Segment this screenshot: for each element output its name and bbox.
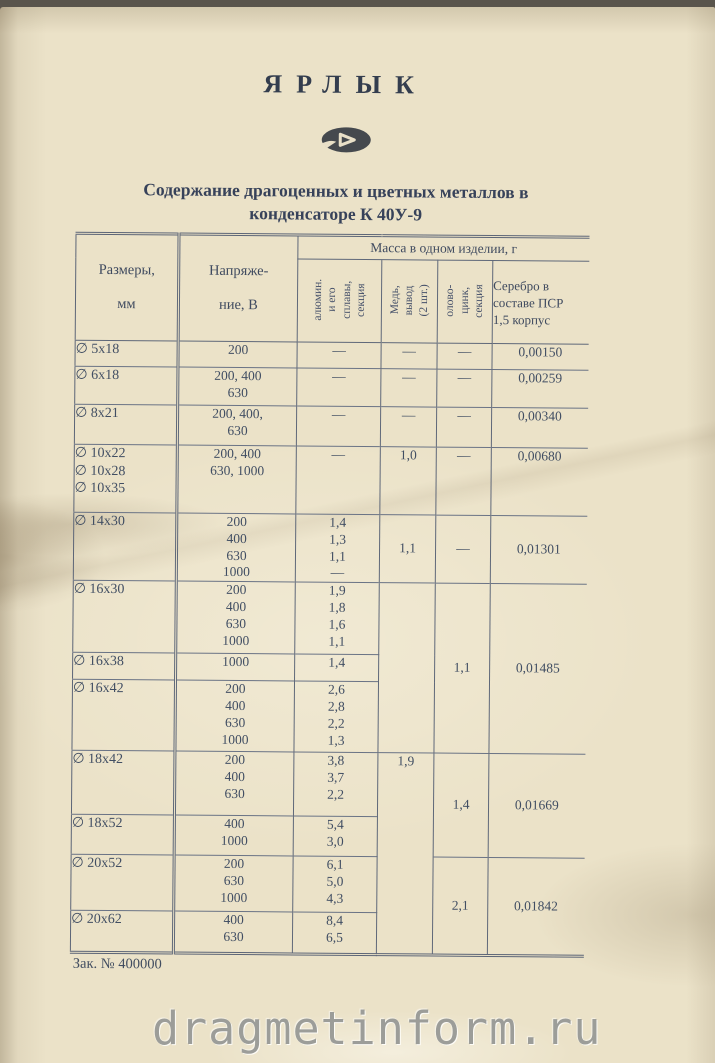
aluminum-cell: 1,9 1,8 1,6 1,1 <box>295 582 380 655</box>
sizes-header-line: Размеры, <box>99 262 155 279</box>
tin-zinc-cell: — <box>437 343 492 369</box>
aluminum-cell: — <box>297 342 381 369</box>
voltage-cell: 200 <box>178 341 297 368</box>
copper-cell <box>378 583 435 753</box>
voltage-cell: 400 1000 <box>174 815 293 856</box>
aluminum-header-line: сплавы, <box>340 260 353 340</box>
scanned-label-page: ЯРЛЫК Содержание драгоценных и цветных м… <box>0 0 715 1063</box>
metals-content-table: Размеры, мм Напряже- ние, В Масса в одно… <box>70 232 589 958</box>
aluminum-cell: 8,4 6,5 <box>292 912 376 955</box>
aluminum-cell: 1,4 <box>295 654 379 682</box>
size-cell: ∅ 6x18 <box>75 366 178 405</box>
silver-cell: 0,00150 <box>492 344 588 371</box>
aluminum-cell: 2,6 2,8 2,2 1,3 <box>294 681 379 753</box>
size-cell: ∅ 5x18 <box>75 340 178 367</box>
voltage-cell: 1000 <box>176 653 295 681</box>
tin-zinc-header-line: секция <box>473 261 486 341</box>
col-header-aluminum: алюмин. и его сплавы, секция <box>297 259 382 343</box>
size-cell: ∅ 16x42 <box>72 679 176 751</box>
voltage-cell: 200 400 630 1000 <box>176 513 296 582</box>
tin-zinc-cell: — <box>435 515 491 584</box>
voltage-cell: 200 400 630 <box>174 751 293 816</box>
size-cell: ∅ 8x21 <box>74 404 177 445</box>
aluminum-cell: — <box>296 406 380 447</box>
copper-header-line: вывод <box>403 260 416 340</box>
col-header-sizes: Размеры, мм <box>75 233 179 341</box>
silver-header-line: Серебро в <box>493 277 589 295</box>
tin-zinc-cell: — <box>436 407 491 447</box>
tin-zinc-header-line: олово- <box>444 261 457 341</box>
copper-cell: 1,1 <box>379 515 436 584</box>
col-header-silver: Серебро в составе ПСР 1,5 корпус <box>492 261 589 345</box>
voltage-cell: 200, 400 630 <box>178 367 297 406</box>
silver-cell: 0,01485 <box>489 584 586 755</box>
aluminum-cell: 5,4 3,0 <box>293 816 377 857</box>
page-content: ЯРЛЫК Содержание драгоценных и цветных м… <box>0 0 715 1063</box>
col-header-mass-group: Масса в одном изделии, г <box>298 235 589 261</box>
voltage-cell: 200, 400, 630 <box>177 405 296 446</box>
col-header-copper: Медь, вывод (2 шт.) <box>381 260 438 343</box>
silver-header-line: 1,5 корпус <box>493 311 589 329</box>
watermark-text: dragmetinform.ru <box>152 1002 601 1055</box>
silver-header-line: составе ПСР <box>493 294 589 312</box>
voltage-cell: 200 400 630 1000 <box>175 680 295 752</box>
silver-cell: 0,01669 <box>488 754 585 859</box>
size-cell: ∅ 20x52 <box>71 854 174 911</box>
copper-header-line: (2 шт.) <box>417 260 430 340</box>
page-title: ЯРЛЫК <box>2 67 676 102</box>
table-row: ∅ 6x18200, 400 630———0,00259 <box>75 366 588 408</box>
table-row: ∅ 16x30200 400 630 10001,9 1,8 1,6 1,11,… <box>73 580 587 656</box>
tin-zinc-cell: 2,1 <box>432 857 488 955</box>
table-row: ∅ 10x22 ∅ 10x28 ∅ 10x35200, 400 630, 100… <box>74 444 588 516</box>
order-number: Зак. № 400000 <box>73 956 162 974</box>
copper-header-line: Медь, <box>388 260 401 340</box>
size-cell: ∅ 16x30 <box>73 580 177 653</box>
copper-cell: 1,9 <box>376 753 434 955</box>
aluminum-header-line: алюмин. <box>311 260 324 340</box>
size-cell: ∅ 14x30 <box>73 512 177 581</box>
sizes-header-line: мм <box>117 296 135 313</box>
col-header-tin-zinc: олово- цинк, секция <box>437 260 493 343</box>
size-cell: ∅ 18x52 <box>71 814 174 855</box>
voltage-header-line: Напряже- <box>209 263 269 280</box>
size-cell: ∅ 18x42 <box>71 750 174 815</box>
tin-zinc-cell: 1,1 <box>434 583 490 753</box>
silver-cell: 0,00259 <box>492 370 588 409</box>
factory-logo-icon <box>318 124 374 163</box>
copper-cell: 1,0 <box>380 447 437 515</box>
silver-cell: 0,01842 <box>487 858 584 957</box>
table-body: ∅ 5x18200———0,00150∅ 6x18200, 400 630———… <box>70 340 588 956</box>
table-row: ∅ 8x21200, 400, 630———0,00340 <box>74 404 587 448</box>
col-header-voltage: Напряже- ние, В <box>178 234 298 342</box>
aluminum-header-line: секция <box>355 260 368 340</box>
aluminum-cell: — <box>297 368 381 407</box>
table-row: ∅ 5x18200———0,00150 <box>75 340 588 370</box>
voltage-header-line: ние, В <box>219 297 258 314</box>
tin-zinc-cell: 1,4 <box>433 753 489 857</box>
copper-cell: — <box>380 407 436 447</box>
tin-zinc-cell: — <box>436 447 492 515</box>
size-cell: ∅ 10x22 ∅ 10x28 ∅ 10x35 <box>74 444 178 513</box>
voltage-cell: 400 630 <box>173 911 292 954</box>
silver-cell: 0,00340 <box>491 408 587 449</box>
aluminum-cell: 6,1 5,0 4,3 <box>293 856 377 913</box>
voltage-cell: 200, 400 630, 1000 <box>177 445 297 514</box>
tin-zinc-header-line: цинк, <box>458 261 471 341</box>
table-row: ∅ 14x30200 400 630 10001,4 1,3 1,1 —1,1—… <box>73 512 587 584</box>
aluminum-cell: 3,8 3,7 2,2 <box>293 752 378 817</box>
silver-cell: 0,01301 <box>490 515 587 584</box>
aluminum-cell: — <box>296 446 381 515</box>
size-cell: ∅ 20x62 <box>70 910 173 953</box>
document-subtitle: Содержание драгоценных и цветных металло… <box>21 177 651 228</box>
table-row: ∅ 18x42200 400 6303,8 3,7 2,21,91,40,016… <box>71 750 585 818</box>
copper-cell: — <box>381 343 437 369</box>
tin-zinc-cell: — <box>437 369 492 407</box>
voltage-cell: 200 400 630 1000 <box>176 581 296 654</box>
copper-cell: — <box>381 369 437 407</box>
aluminum-cell: 1,4 1,3 1,1 — <box>295 514 380 583</box>
subtitle-line-2: конденсаторе К 40У-9 <box>21 200 651 228</box>
size-cell: ∅ 16x38 <box>73 652 176 680</box>
voltage-cell: 200 630 1000 <box>174 855 293 912</box>
aluminum-header-line: и его <box>326 260 339 340</box>
silver-cell: 0,00680 <box>491 447 588 516</box>
table-row: ∅ 20x52200 630 10006,1 5,0 4,32,10,01842 <box>71 854 584 914</box>
